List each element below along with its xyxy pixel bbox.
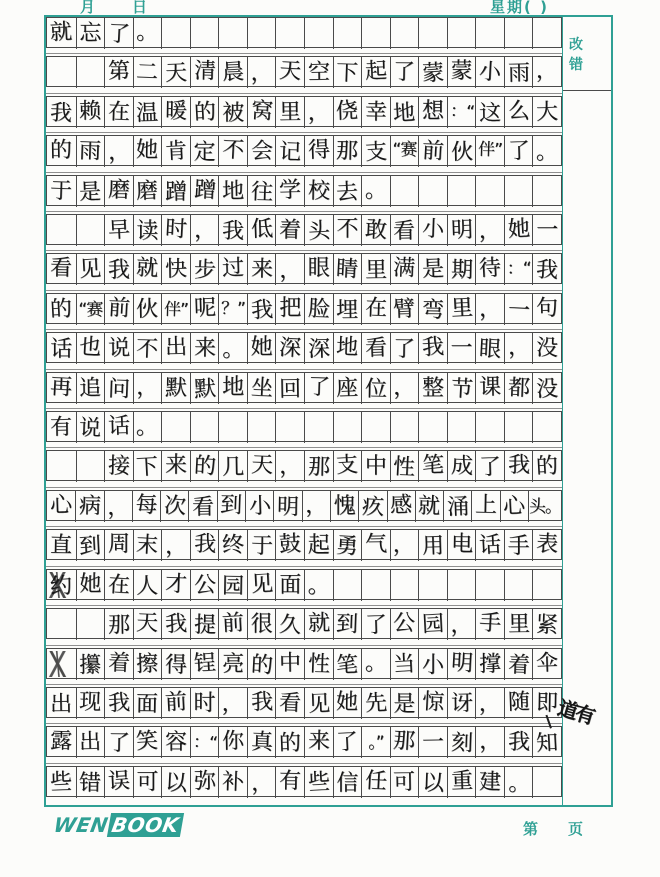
grid-cell: 看 [188, 491, 216, 522]
handwritten-character: 我 [250, 687, 273, 718]
handwritten-character: 前 [107, 292, 131, 324]
grid-cell: 了 [475, 451, 504, 482]
handwritten-character: 任 [364, 765, 388, 797]
handwritten-character: 以 [421, 767, 444, 799]
grid-cell: 深 [304, 333, 333, 364]
handwritten-character: 了 [393, 57, 416, 88]
grid-cell: 才 [161, 570, 190, 601]
handwritten-character: 。 [365, 175, 387, 206]
handwritten-character: 整 [422, 373, 444, 404]
grid-cell: 起 [304, 530, 333, 561]
grid-cell: 支 [361, 136, 390, 167]
grid-cell: 不 [333, 215, 362, 246]
grid-cell: 错 [76, 767, 105, 798]
grid-cell [504, 570, 533, 601]
grid-cell: 时 [190, 688, 219, 719]
handwritten-character: 才 [164, 568, 187, 600]
grid-cell: 那 [304, 451, 333, 482]
grid-cell: 末 [133, 530, 162, 561]
cell-row: 的“赛前伙伴”呢？”我把脸埋在臂弯里，一句 [46, 293, 562, 324]
grid-cell: 得 [161, 649, 190, 680]
grid-cell: 了 [361, 609, 390, 640]
handwritten-character: 了 [393, 334, 416, 365]
cell-row: 约她在人才公园见面。 [46, 569, 562, 600]
grid-cell: 的 [532, 451, 561, 482]
grid-cell [218, 412, 247, 443]
grid-cell: 幸 [361, 97, 390, 128]
grid-cell: 深 [275, 333, 304, 364]
grid-cell: ， [447, 609, 476, 640]
grid-cell: 她 [247, 333, 276, 364]
handwritten-character: 明 [277, 492, 300, 523]
handwritten-character: 被 [222, 98, 244, 129]
grid-cell: ， [475, 727, 504, 758]
handwritten-character: 起 [308, 530, 330, 561]
grid-cell: 容 [161, 727, 190, 758]
grid-cell: 任 [361, 767, 390, 798]
handwritten-character: ， [136, 371, 159, 403]
grid-cell: 明 [447, 215, 476, 246]
grid-cell: 窝 [247, 97, 276, 128]
handwritten-character: 的 [50, 135, 73, 166]
handwritten-character: 先 [364, 687, 388, 719]
grid-cell: ， [532, 57, 561, 88]
grid-cell: 第 [104, 57, 133, 88]
handwritten-character: 的 [193, 451, 217, 483]
grid-cell: 我 [104, 254, 133, 285]
handwritten-character: 低 [250, 214, 273, 246]
writing-grid: 就忘了。第二天清晨，天空下起了蒙蒙小雨，我赖在温暖的被窝里，侥幸地想：“这么大的… [46, 17, 562, 805]
handwritten-character: ， [479, 689, 502, 721]
handwritten-character: 话 [478, 530, 502, 562]
handwritten-character: 电 [450, 529, 473, 560]
handwritten-character: 着 [279, 215, 302, 246]
grid-cell: 到 [217, 491, 245, 522]
handwritten-character: 赖 [79, 96, 102, 127]
handwritten-character: 性 [393, 452, 417, 484]
grid-cell: 雨 [504, 57, 533, 88]
grid-cell: 。 [133, 412, 162, 443]
grid-cell: 蒙 [418, 57, 447, 88]
grid-cell: 磨 [104, 176, 133, 207]
handwritten-character: 晨 [221, 57, 245, 89]
handwritten-character: 埋 [336, 295, 359, 326]
handwritten-character: 追 [79, 372, 102, 403]
grid-cell: 了 [390, 57, 419, 88]
handwritten-character: 睛 [336, 254, 360, 286]
handwritten-character: 是 [421, 254, 444, 286]
handwritten-character: 的 [193, 96, 217, 128]
grid-cell: 中 [361, 451, 390, 482]
handwritten-character: 里 [279, 97, 302, 128]
grid-cell: 感 [387, 491, 415, 522]
handwritten-character: 你 [222, 726, 245, 757]
handwritten-character: 不 [136, 334, 159, 366]
handwritten-character: 那 [336, 136, 359, 167]
grid-cell [76, 609, 105, 640]
grid-cell [275, 18, 304, 49]
grid-cell [47, 57, 76, 88]
grid-cell: 回 [275, 373, 304, 404]
grid-cell: 她 [76, 570, 105, 601]
handwritten-character: 的 [279, 728, 302, 760]
handwritten-character: 她 [251, 332, 273, 363]
handwritten-character: 气 [365, 529, 388, 560]
grid-cell: 我 [532, 254, 561, 285]
grid-cell: 地 [390, 97, 419, 128]
handwritten-character: 错 [79, 768, 102, 799]
handwritten-character: 我 [107, 688, 130, 720]
handwritten-character: 的 [49, 293, 73, 325]
handwritten-character: 我 [222, 216, 245, 248]
grid-cell: 蹭 [190, 176, 219, 207]
grid-cell: 蹭 [161, 176, 190, 207]
handwritten-character: 头 [307, 215, 331, 247]
grid-cell: 小 [418, 215, 447, 246]
grid-cell: 我 [104, 688, 133, 719]
handwritten-character: 窝 [250, 95, 274, 127]
grid-cell: 是 [390, 688, 419, 719]
grid-cell: 说 [104, 333, 133, 364]
grid-cell: 有 [275, 767, 304, 798]
handwritten-character: 前 [164, 686, 188, 718]
row-rule [46, 245, 562, 253]
grid-cell: 天 [247, 451, 276, 482]
grid-cell: 前 [218, 609, 247, 640]
handwritten-character: 末 [136, 530, 160, 562]
handwritten-character: 重 [450, 765, 473, 797]
handwritten-character: 面 [136, 689, 159, 720]
grid-cell: 整 [418, 373, 447, 404]
row-rule [46, 206, 562, 214]
cell-row: 直到周末，我终于鼓起勇气，用电话手表 [46, 529, 562, 560]
handwritten-character: 心 [503, 490, 527, 522]
handwritten-character: 到 [220, 490, 243, 522]
handwritten-character: 暖 [165, 96, 188, 127]
handwritten-character: 大 [536, 96, 559, 128]
grid-cell: 磨 [133, 176, 162, 207]
grid-cell [304, 18, 333, 49]
grid-cell: 你 [218, 727, 247, 758]
grid-cell: 么 [504, 97, 533, 128]
handwritten-character: 明 [450, 647, 474, 679]
grid-cell: 埋 [333, 294, 362, 325]
handwritten-character: 来 [250, 254, 273, 285]
handwritten-character: 用 [421, 531, 444, 563]
handwritten-character: 记 [279, 137, 302, 169]
grid-cell [504, 176, 533, 207]
grid-cell: 这 [475, 97, 504, 128]
row-rule [46, 757, 562, 765]
grid-cell [161, 412, 190, 443]
grid-cell: 话 [475, 530, 504, 561]
handwritten-character: 了 [336, 727, 360, 759]
handwritten-character: 知 [535, 728, 559, 760]
grid-cell [47, 649, 76, 680]
cell-row: 第二天清晨，天空下起了蒙蒙小雨， [46, 56, 562, 87]
grid-cell: 上 [471, 491, 499, 522]
handwritten-character: 第 [108, 56, 131, 87]
handwritten-character: 出 [79, 727, 102, 759]
handwritten-character: 笔 [336, 649, 359, 681]
handwritten-character: 天 [278, 56, 302, 88]
grid-cell: 惊 [418, 688, 447, 719]
grid-cell: 小 [245, 491, 273, 522]
grid-cell: 约 [47, 570, 76, 601]
grid-cell: 有 [47, 412, 76, 443]
handwritten-character: 。” [368, 728, 383, 759]
text-row: 的“赛前伙伴”呢？”我把脸埋在臂弯里，一句 [46, 293, 562, 332]
grid-cell: 我 [190, 530, 219, 561]
handwritten-character: 看 [364, 333, 387, 365]
grid-cell: 以 [161, 767, 190, 798]
grid-cell: 病 [75, 491, 103, 522]
grid-cell [47, 609, 76, 640]
handwritten-character: 些 [50, 766, 73, 798]
grid-cell: ：“ [504, 254, 533, 285]
cell-row: 早读时，我低着头不敢看小明，她一 [46, 214, 562, 245]
cell-row: 接下来的几天，那支中性笔成了我的 [46, 450, 562, 481]
handwritten-character: 公 [193, 569, 216, 601]
grid-cell: 不 [133, 333, 162, 364]
grid-cell: ， [190, 215, 219, 246]
page-number-label-last: 页 [568, 818, 583, 839]
grid-cell [247, 412, 276, 443]
row-rule [46, 521, 562, 529]
grid-cell: 那 [104, 609, 133, 640]
grid-cell: 。” [361, 727, 390, 758]
grid-cell: 着 [275, 215, 304, 246]
handwritten-character: 着 [507, 649, 530, 681]
grid-cell: 没 [532, 373, 561, 404]
grid-cell [390, 570, 419, 601]
handwritten-character: 真 [250, 727, 273, 759]
handwritten-character: 里 [507, 609, 530, 640]
handwritten-character: 见 [250, 568, 274, 600]
grid-cell: 可 [390, 767, 419, 798]
grid-cell: 会 [247, 136, 276, 167]
row-rule [46, 284, 562, 292]
handwritten-character: 脸 [307, 293, 331, 325]
grid-cell: 晨 [218, 57, 247, 88]
grid-cell: 满 [390, 254, 419, 285]
handwritten-character: 我 [164, 609, 187, 641]
handwritten-character: 快 [165, 254, 188, 285]
grid-cell [418, 176, 447, 207]
grid-cell: 是 [418, 254, 447, 285]
handwritten-character: 侥 [336, 95, 359, 127]
grid-cell: 头 [304, 215, 333, 246]
grid-cell: 了 [333, 727, 362, 758]
handwritten-character: 疚 [361, 491, 385, 523]
handwritten-character: 问 [107, 373, 130, 405]
grid-cell: 。 [504, 767, 533, 798]
grid-cell: 面 [133, 688, 162, 719]
cell-row: 露出了笑容：“你真的来了。”那一刻，我知 [46, 726, 562, 757]
handwritten-character: 回 [279, 373, 302, 404]
handwritten-character: ， [479, 216, 502, 247]
handwritten-character: ， [279, 451, 302, 483]
text-row: 攥着擦得锃亮的中性笔。当小明撑着伞 [46, 648, 562, 687]
grid-cell: 表 [532, 530, 561, 561]
grid-cell: 园 [218, 570, 247, 601]
handwritten-character: 磨 [108, 174, 131, 205]
grid-cell: 肯 [161, 136, 190, 167]
text-row: 看见我就快步过来，眼睛里满是期待：“我 [46, 253, 562, 292]
handwritten-character: 看 [279, 688, 302, 720]
grid-cell: 终 [218, 530, 247, 561]
scribble-correction-marks [43, 651, 73, 677]
grid-cell: 不 [218, 136, 247, 167]
grid-cell: ， [302, 491, 330, 522]
grid-cell: 出 [47, 688, 76, 719]
row-rule [46, 718, 562, 726]
grid-cell: 了 [504, 136, 533, 167]
grid-cell: 我 [247, 294, 276, 325]
grid-cell: 随 [504, 688, 533, 719]
handwritten-character: ， [193, 215, 216, 246]
grid-cell: 信 [333, 767, 362, 798]
grid-cell: 真 [247, 727, 276, 758]
grid-cell: 见 [304, 688, 333, 719]
grid-cell [418, 412, 447, 443]
grid-cell: 。 [361, 649, 390, 680]
text-row: 早读时，我低着头不敢看小明，她一 [46, 214, 562, 253]
cell-row: 那天我提前很久就到了公园，手里紧 [46, 608, 562, 639]
grid-cell: 赖 [76, 97, 105, 128]
grid-cell: 蒙 [447, 57, 476, 88]
handwritten-character: 我 [193, 529, 216, 561]
handwritten-character: 肯 [164, 136, 188, 168]
grid-cell: 着 [104, 649, 133, 680]
grid-cell: 每 [132, 491, 160, 522]
handwritten-character: 来 [165, 450, 187, 481]
handwritten-character: 。 [307, 570, 331, 602]
logo-wen-text: WEN [52, 813, 110, 837]
grid-cell: 。 [532, 136, 561, 167]
grid-cell: 一 [532, 215, 561, 246]
grid-cell: 紧 [532, 609, 561, 640]
handwritten-character: 久 [278, 610, 302, 642]
grid-cell [47, 451, 76, 482]
handwritten-character: 讶 [450, 688, 473, 719]
handwritten-character: 一 [507, 294, 531, 326]
handwritten-character: 现 [79, 687, 102, 719]
text-row: 于是磨磨蹭蹭地往学校去。 [46, 175, 562, 214]
handwritten-character: 节 [450, 373, 474, 405]
grid-cell: 于 [247, 530, 276, 561]
row-rule [46, 481, 562, 489]
grid-cell: 到 [333, 609, 362, 640]
handwritten-character: 当 [393, 648, 417, 680]
grid-cell [390, 18, 419, 49]
grid-cell: 电 [447, 530, 476, 561]
handwritten-character: 位 [365, 373, 388, 404]
handwritten-character: 深 [307, 334, 330, 365]
grid-cell: 话 [47, 333, 76, 364]
handwritten-character: 见 [307, 689, 330, 721]
grid-cell [304, 412, 333, 443]
grid-cell: 。 [218, 333, 247, 364]
grid-cell: 座 [333, 373, 362, 404]
handwritten-character: 次 [163, 490, 187, 522]
handwritten-character: 于 [50, 175, 73, 207]
grid-cell: 中 [275, 649, 304, 680]
cell-row: 就忘了。 [46, 17, 562, 48]
grid-cell: 讶 [447, 688, 476, 719]
handwritten-character: 惊 [421, 686, 445, 718]
handwritten-character: 表 [535, 529, 559, 561]
grid-cell: 建 [475, 767, 504, 798]
handwritten-character: 再 [50, 371, 74, 403]
handwritten-character: 病 [79, 491, 102, 522]
handwritten-character: 我 [108, 255, 130, 286]
grid-cell: 的 [275, 727, 304, 758]
handwritten-character: 性 [307, 648, 330, 680]
grid-cell: ， [390, 530, 419, 561]
text-row: 些错误可以弥补，有些信任可以重建。 [46, 766, 562, 805]
grid-cell: 接 [104, 451, 133, 482]
handwritten-character: 往 [250, 176, 273, 208]
grid-cell: 里 [275, 97, 304, 128]
handwritten-character: 信 [336, 768, 358, 799]
grid-cell [333, 570, 362, 601]
grid-cell: 坐 [247, 373, 276, 404]
grid-cell: 敢 [361, 215, 390, 246]
grid-cell: 出 [161, 333, 190, 364]
grid-cell: 伴” [161, 294, 190, 325]
grid-cell: 补 [218, 767, 247, 798]
grid-cell: 成 [447, 451, 476, 482]
grid-cell: 来 [161, 451, 190, 482]
handwritten-character: 天 [136, 608, 159, 640]
handwritten-character: 天 [250, 450, 273, 482]
grid-cell: 我 [247, 688, 276, 719]
handwritten-character: 可 [393, 767, 416, 798]
grid-cell: 于 [47, 176, 76, 207]
grid-cell: 。 [361, 176, 390, 207]
handwritten-character: 。 [536, 137, 559, 168]
grid-cell: 清 [190, 57, 219, 88]
grid-cell: ：“ [447, 97, 476, 128]
handwritten-character: 她 [136, 135, 159, 166]
handwritten-character: 温 [136, 97, 159, 129]
grid-cell [218, 18, 247, 49]
grid-cell: 学 [275, 176, 304, 207]
grid-cell [275, 412, 304, 443]
logo-book-text: BOOK [107, 813, 184, 837]
handwritten-character: 到 [336, 609, 359, 641]
handwritten-character: ， [251, 58, 273, 89]
grid-cell: ， [247, 57, 276, 88]
handwritten-character: 会 [250, 136, 273, 167]
grid-cell: 天 [133, 609, 162, 640]
grid-cell [390, 176, 419, 207]
grid-cell: 臂 [390, 294, 419, 325]
handwritten-character: 我 [49, 97, 73, 129]
handwritten-character: 说 [108, 333, 131, 364]
row-rule [46, 797, 562, 805]
grid-cell: 手 [504, 530, 533, 561]
grid-cell [447, 176, 476, 207]
grid-cell: 步 [190, 254, 219, 285]
grid-cell: 性 [390, 451, 419, 482]
handwritten-character: 时 [194, 688, 216, 719]
handwritten-character: 来 [193, 333, 216, 364]
page-number-label-first: 第 [523, 818, 538, 839]
grid-cell: 脸 [304, 294, 333, 325]
grid-cell: 空 [304, 57, 333, 88]
